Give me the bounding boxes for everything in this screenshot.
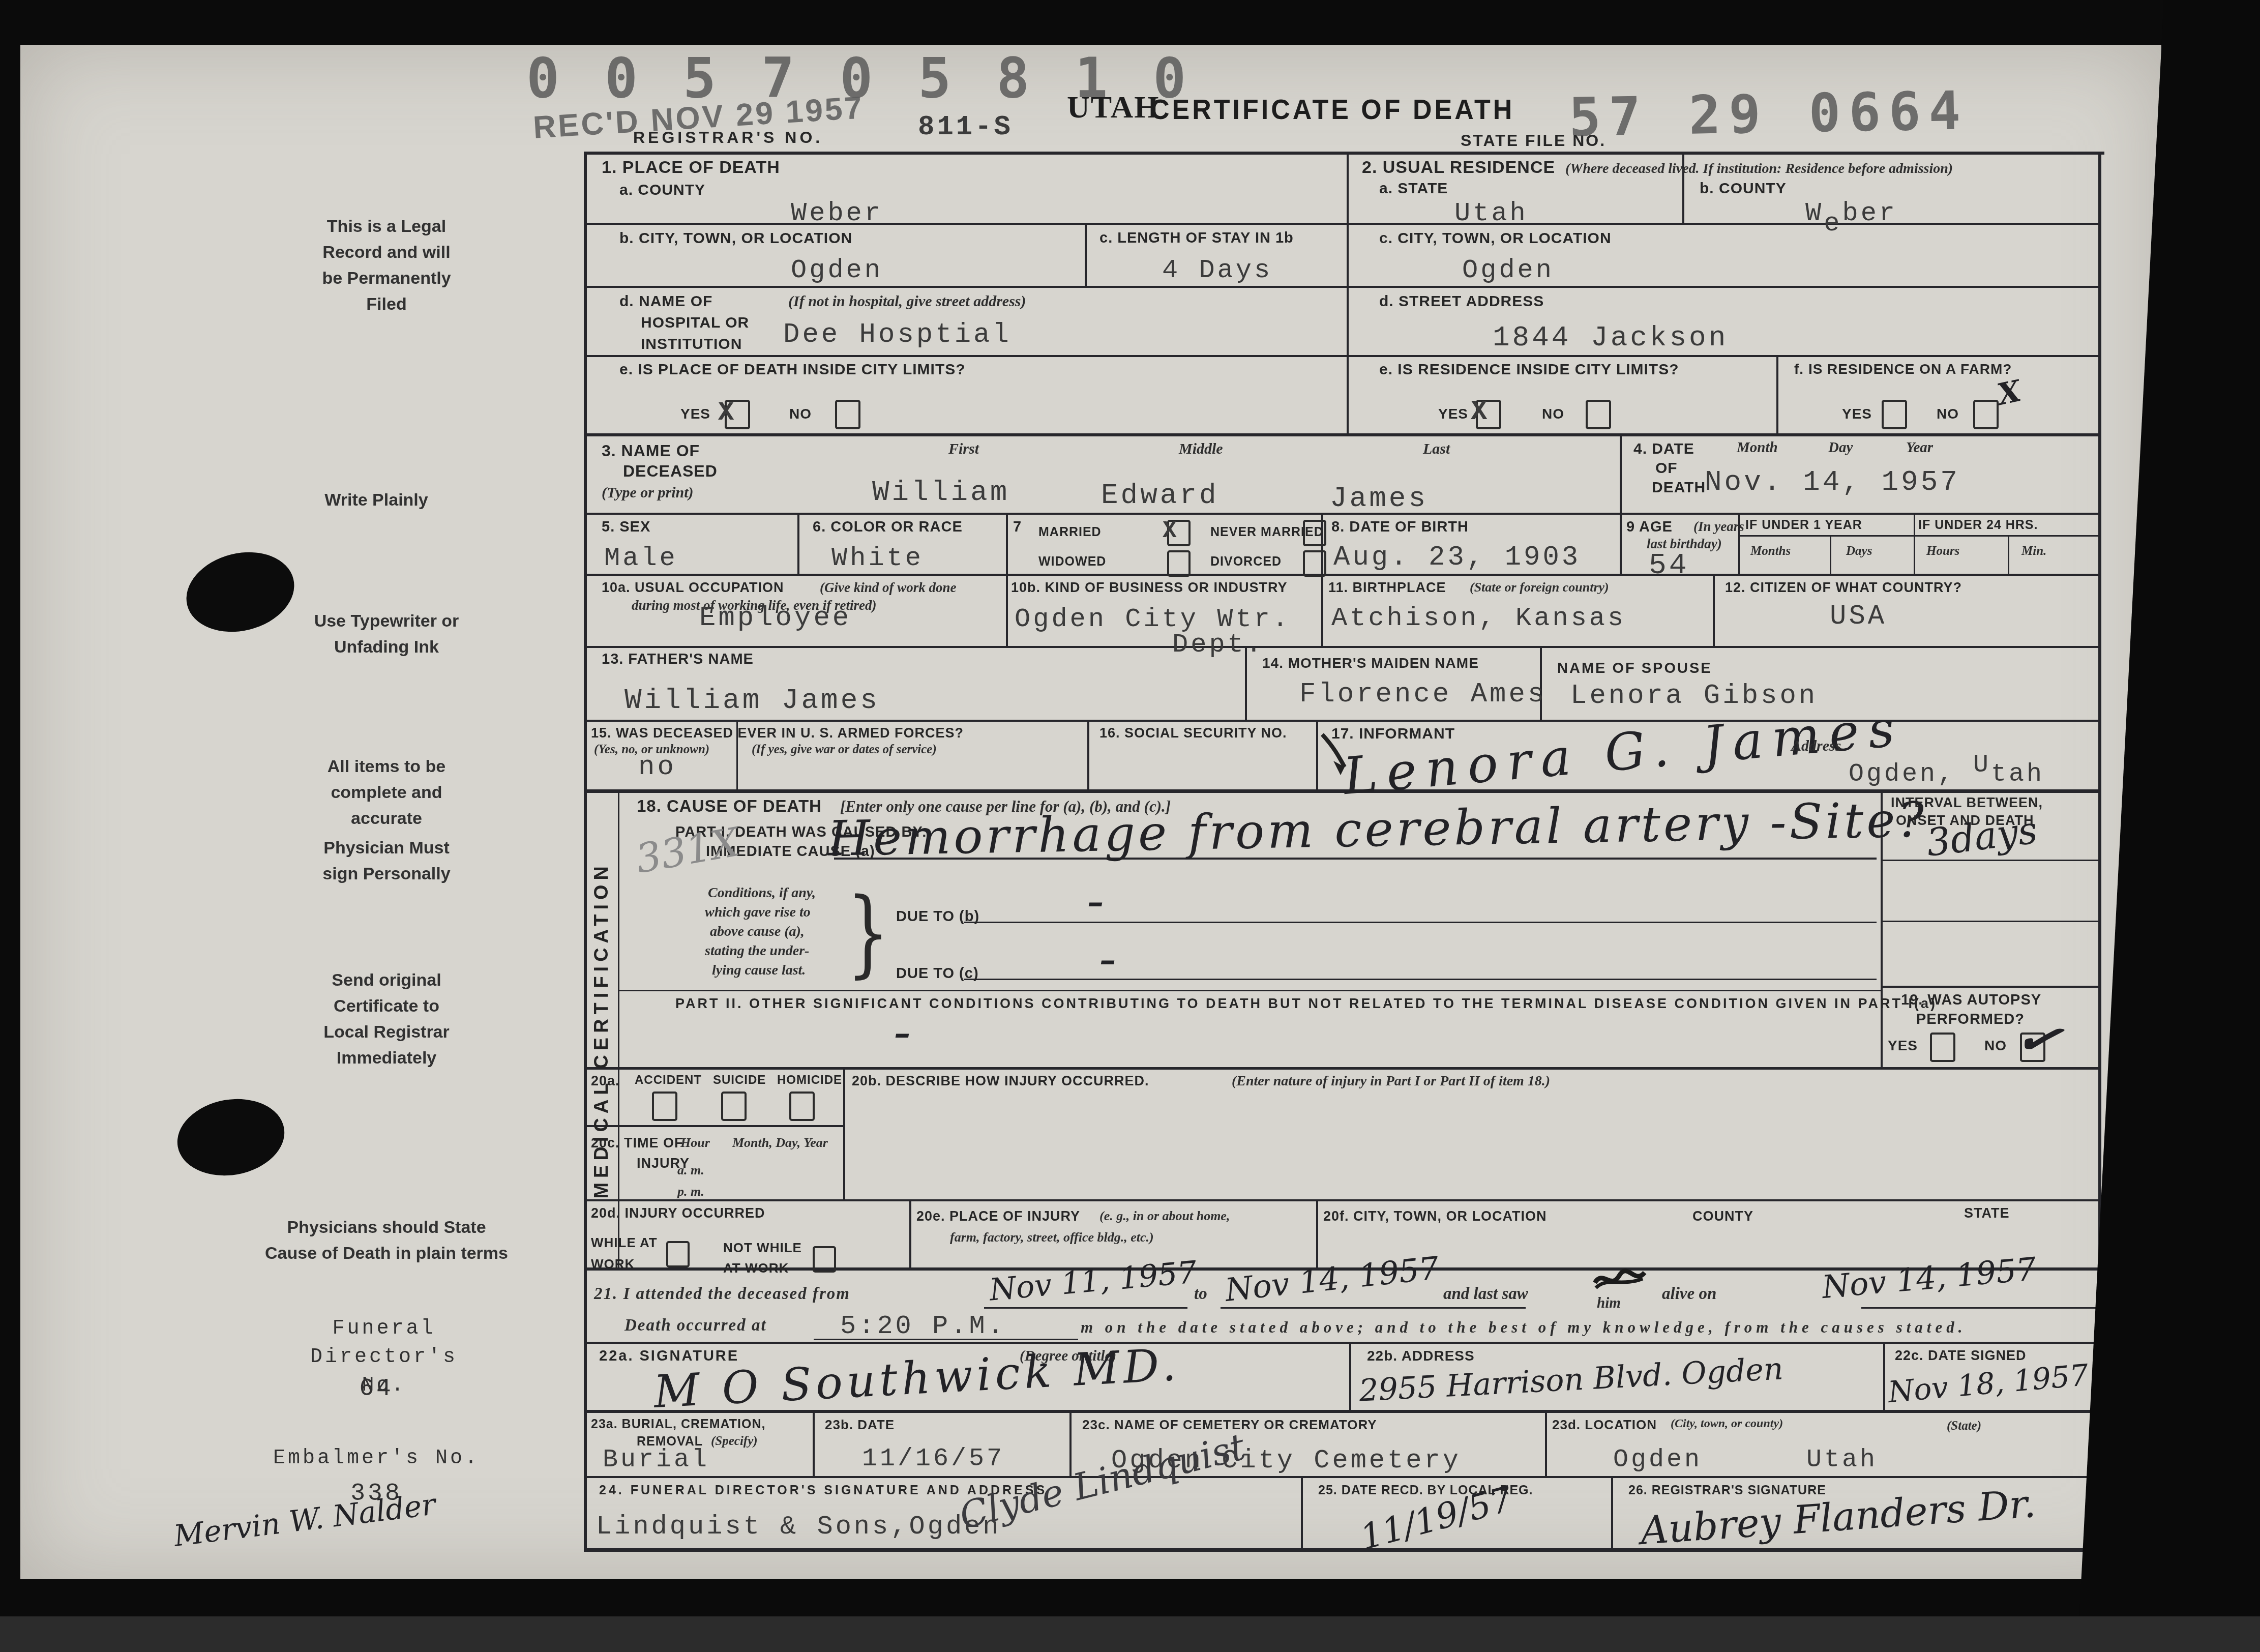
father-value: William James (625, 684, 880, 717)
not-while-label-1: NOT WHILE (723, 1240, 802, 1256)
age-hint-1: (In years (1693, 519, 1744, 535)
injury-20b-label: 20b. DESCRIBE HOW INJURY OCCURRED. (852, 1073, 1149, 1089)
farm-no-label: NO (1937, 406, 1959, 422)
margin-note-complete-accurate: All items to be complete and accurate (310, 754, 463, 832)
dob-value: Aug. 23, 1903 (1333, 542, 1581, 573)
registrar-no-label: REGISTRAR'S NO. (633, 128, 823, 147)
am-label: a. m. (677, 1163, 704, 1178)
while-at-work-checkbox (666, 1241, 690, 1267)
due-to-c-label: DUE TO (c) (896, 965, 979, 982)
conditions-line-2: which gave rise to (705, 904, 811, 921)
age-label: 9 AGE (1626, 519, 1673, 536)
injury-20e-hint-1: (e. g., in or about home, (1099, 1208, 1230, 1224)
funeral-director-value: Lindquist & Sons,Ogden (596, 1512, 1001, 1542)
scan-bottom-band (0, 1616, 2260, 1652)
pod-city-label: b. CITY, TOWN, OR LOCATION (619, 230, 852, 247)
marital-num: 7 (1013, 519, 1022, 536)
res-city-value: Ogden (1462, 255, 1554, 285)
conditions-brace: } (846, 878, 889, 988)
death-time-value: 5:20 P.M. (840, 1311, 1006, 1341)
autopsy-label-1: 19. WAS AUTOPSY (1901, 992, 2041, 1009)
rule (585, 1199, 2100, 1201)
birthplace-hint: (State or foreign country) (1470, 580, 1609, 595)
injury-county-label: COUNTY (1692, 1208, 1753, 1224)
never-married-checkbox (1303, 520, 1326, 546)
while-at-work-label-1: WHILE AT (591, 1235, 658, 1251)
location-23d-hint: (City, town, or county) (1671, 1417, 1783, 1431)
rule (1776, 356, 1778, 435)
registrar-no-value: 811-S (918, 112, 1013, 143)
autopsy-yes-checkbox (1930, 1032, 1955, 1062)
margin-note-send-original: Send original Certificate to Local Regis… (315, 967, 458, 1071)
autopsy-yes-label: YES (1888, 1038, 1918, 1054)
pod-limits-no-label: NO (789, 406, 812, 422)
res-state-value: Utah (1454, 198, 1528, 228)
sex-value: Male (604, 543, 678, 573)
res-county-label: b. COUNTY (1700, 180, 1787, 197)
days-label: Days (1846, 544, 1872, 558)
mother-label: 14. MOTHER'S MAIDEN NAME (1262, 655, 1479, 671)
accident-checkbox (652, 1091, 677, 1121)
res-limits-no-checkbox (1586, 400, 1611, 429)
res-limits-yes-label: YES (1438, 406, 1468, 422)
hospital-hint: (If not in hospital, give street address… (788, 293, 1026, 310)
armed-forces-hint-2: (If yes, give war or dates of service) (752, 743, 937, 757)
conditions-line-4: stating the under- (705, 943, 809, 959)
middle-name-label: Middle (1179, 440, 1223, 458)
res-county-w: W (1805, 198, 1824, 228)
pod-limits-yes-label: YES (680, 406, 710, 422)
homicide-checkbox (789, 1091, 815, 1121)
last-alive-underline (1861, 1307, 2100, 1309)
date-signed-22c-label: 22c. DATE SIGNED (1895, 1348, 2027, 1364)
due-to-b-dash: – (1087, 883, 1104, 921)
death-certificate-scan: 0 0 5 7 0 5 8 1 0 REC'D NOV 29 1957 REGI… (0, 0, 2260, 1652)
age-value: 54 (1649, 549, 1689, 582)
res-city-label: c. CITY, TOWN, OR LOCATION (1379, 230, 1612, 247)
pod-county-value: Weber (791, 198, 883, 228)
rule (1085, 224, 1087, 288)
rule (584, 1067, 2101, 1070)
conditions-line-5: lying cause last. (712, 962, 806, 979)
dob-label: 8. DATE OF BIRTH (1331, 519, 1469, 536)
informant-address-raised-u: U (1973, 751, 1991, 780)
place-of-death-heading: 1. PLACE OF DEATH (602, 158, 780, 178)
min-label: Min. (2021, 544, 2046, 558)
armed-forces-value: no (638, 752, 676, 783)
death-occurred-text: Death occurred at (625, 1316, 767, 1335)
rule (813, 1411, 815, 1478)
attended-to-word: to (1194, 1285, 1207, 1304)
occupation-label: 10a. USUAL OCCUPATION (602, 580, 784, 596)
industry-value-2: Dept. (1172, 630, 1264, 660)
mother-value: Florence Ames (1299, 679, 1547, 710)
injury-20e-hint-2: farm, factory, street, office bldg., etc… (950, 1230, 1154, 1245)
funeral-director-no-value: 64 (181, 1376, 572, 1402)
divorced-checkbox (1303, 550, 1326, 577)
hospital-label-1: d. NAME OF (619, 293, 712, 310)
married-x-mark: X (1163, 518, 1179, 544)
address-22b-label: 22b. ADDRESS (1367, 1348, 1475, 1364)
location-23d-label: 23d. LOCATION (1552, 1417, 1657, 1433)
res-state-label: a. STATE (1379, 180, 1448, 197)
last-name-label: Last (1423, 440, 1450, 458)
registrar-signature-label: 26. REGISTRAR'S SIGNATURE (1628, 1483, 1826, 1498)
informant-address-value: Ogden, Utah (1849, 751, 2044, 789)
industry-label: 10b. KIND OF BUSINESS OR INDUSTRY (1011, 580, 1288, 596)
margin-note-write-plainly: Write Plainly (181, 487, 572, 513)
attended-pre-text: 21. I attended the deceased from (594, 1285, 850, 1304)
cause-of-death-label: 18. CAUSE OF DEATH (637, 796, 822, 816)
rule (1316, 1200, 1318, 1269)
rule (1347, 152, 1349, 435)
margin-note-plain-terms: Physicians should State Cause of Death i… (264, 1215, 509, 1266)
autopsy-no-check-mark: ✓ (2010, 1010, 2066, 1068)
injury-20d-label: 20d. INJURY OCCURRED (591, 1205, 765, 1221)
res-limits-yes-x-mark: X (1471, 397, 1490, 428)
sex-label: 5. SEX (602, 519, 650, 536)
rule (584, 1410, 2101, 1413)
birthplace-value: Atchison, Kansas (1331, 603, 1626, 633)
under-1-year-label: IF UNDER 1 YEAR (1745, 518, 1862, 533)
rule (1087, 721, 1089, 791)
birthplace-label: 11. BIRTHPLACE (1328, 580, 1446, 596)
alive-on-text: alive on (1662, 1285, 1716, 1304)
citizen-value: USA (1830, 601, 1887, 632)
burial-date-value: 11/16/57 (862, 1444, 1004, 1473)
rule (1914, 514, 1915, 575)
res-city-limits-label: e. IS RESIDENCE INSIDE CITY LIMITS? (1379, 361, 1679, 378)
informant-address-label: Address (1791, 737, 1841, 755)
rule (1620, 435, 1622, 576)
margin-note-typewriter: Use Typewriter or Unfading Ink (300, 608, 473, 660)
pod-city-limits-label: e. IS PLACE OF DEATH INSIDE CITY LIMITS? (619, 361, 966, 378)
dod-year-label: Year (1906, 439, 1933, 456)
death-occurred-text-2: m on the date stated above; and to the b… (1081, 1318, 1966, 1337)
autopsy-no-label: NO (1984, 1038, 2007, 1054)
race-value: White (831, 543, 924, 573)
hospital-label-3: INSTITUTION (641, 336, 742, 353)
res-street-label: d. STREET ADDRESS (1379, 293, 1544, 310)
medical-certification-strip: MEDICAL CERTIFICATION (585, 793, 618, 1266)
widowed-checkbox (1167, 550, 1191, 577)
month-day-year-label: Month, Day, Year (732, 1135, 828, 1150)
rule (585, 574, 2100, 576)
middle-name-value: Edward (1101, 479, 1219, 512)
last-name-value: James (1330, 482, 1428, 515)
accident-label: ACCIDENT (635, 1073, 702, 1087)
location-state-hint: (State) (1947, 1419, 1981, 1433)
farm-yes-label: YES (1842, 406, 1872, 422)
due-to-c-dash: – (1099, 941, 1116, 979)
conditions-line-3: above cause (a), (710, 924, 805, 940)
married-label: MARRIED (1038, 525, 1102, 540)
spouse-value: Lenora Gibson (1570, 681, 1818, 712)
divorced-label: DIVORCED (1210, 554, 1282, 569)
farm-no-checkbox (1973, 400, 1999, 429)
location-city-value: Ogden (1613, 1445, 1702, 1474)
rule (584, 1548, 2101, 1552)
under-24-hrs-label: IF UNDER 24 HRS. (1918, 518, 2038, 533)
title-utah: UTAH (1067, 90, 1160, 126)
occupation-value: Employee (699, 603, 851, 634)
rule (585, 286, 2100, 288)
deceased-label-1: 3. NAME OF (602, 441, 700, 460)
burial-value: Burial (603, 1445, 709, 1474)
scribble-mark (1592, 1267, 1648, 1292)
first-name-label: First (948, 440, 979, 458)
date-of-death-label-2: OF (1655, 460, 1678, 477)
conditions-line-1: Conditions, if any, (708, 885, 816, 901)
rule (1830, 535, 1831, 575)
not-while-label-2: AT WORK (723, 1260, 789, 1276)
farm-yes-checkbox (1882, 400, 1907, 429)
res-limits-no-label: NO (1542, 406, 1564, 422)
while-at-work-label-2: WORK (591, 1256, 635, 1272)
res-county-rest: ber (1842, 198, 1897, 228)
pod-county-label: a. COUNTY (619, 182, 705, 199)
citizen-label: 12. CITIZEN OF WHAT COUNTRY? (1725, 580, 1962, 596)
injury-state-label: STATE (1964, 1205, 2010, 1221)
dod-day-label: Day (1828, 439, 1853, 456)
rule (797, 514, 799, 576)
date-of-death-value: Nov. 14, 1957 (1705, 466, 1960, 498)
rule (2008, 535, 2009, 575)
pod-limits-yes-x-mark: X (718, 398, 736, 428)
part2-label: PART II. OTHER SIGNIFICANT CONDITIONS CO… (675, 996, 1937, 1012)
not-while-checkbox (813, 1246, 836, 1273)
injury-20e-label: 20e. PLACE OF INJURY (916, 1208, 1080, 1224)
rule (585, 1476, 2100, 1478)
usual-residence-heading: 2. USUAL RESIDENCE (1362, 158, 1555, 178)
rule (1883, 1343, 1885, 1411)
injury-20b-hint: (Enter nature of injury in Part I or Par… (1232, 1073, 1550, 1089)
length-of-stay-label: c. LENGTH OF STAY IN 1b (1099, 230, 1294, 247)
rule (909, 1200, 911, 1269)
suicide-checkbox (721, 1091, 747, 1121)
rule (584, 789, 2101, 793)
location-state-value: Utah (1806, 1445, 1878, 1474)
homicide-label: HOMICIDE (777, 1073, 842, 1087)
injury-20a-label: 20a. (591, 1073, 620, 1089)
autopsy-label-2: PERFORMED? (1916, 1011, 2025, 1028)
state-file-no-stamp: 57 29 0664 (1568, 79, 1969, 149)
informant-address-rest: tah (1991, 760, 2044, 789)
first-name-value: William (872, 476, 1009, 509)
spouse-label: NAME OF SPOUSE (1557, 660, 1712, 677)
rule (585, 1342, 2100, 1344)
pod-city-value: Ogden (791, 255, 883, 285)
dod-month-label: Month (1737, 439, 1778, 456)
deceased-label-3: (Type or print) (602, 484, 694, 501)
occupation-hint-1: (Give kind of work done (820, 580, 956, 596)
rule (619, 990, 1882, 991)
rule (585, 355, 2100, 357)
rule (1611, 1478, 1613, 1550)
length-of-stay-value: 4 Days (1162, 255, 1272, 285)
margin-note-legal-record: This is a Legal Record and will be Perma… (310, 214, 463, 317)
suicide-label: SUICIDE (713, 1073, 766, 1087)
pod-limits-no-checkbox (835, 400, 860, 429)
hospital-label-2: HOSPITAL OR (641, 314, 749, 332)
father-label: 13. FATHER'S NAME (602, 651, 754, 668)
res-county-value: Weber (1805, 198, 1897, 239)
embalmer-no-label: Embalmer's No. (181, 1445, 572, 1471)
rule (1882, 921, 2100, 922)
burial-specify-hint: (Specify) (711, 1434, 758, 1449)
rule (1882, 860, 2100, 861)
rule (1006, 514, 1008, 647)
him-text: him (1597, 1295, 1621, 1312)
rule (843, 1068, 845, 1201)
res-street-value: 1844 Jackson (1493, 321, 1728, 354)
margin-note-physician-sign: Physician Must sign Personally (320, 835, 453, 887)
due-to-b-label: DUE TO (b) (896, 908, 979, 925)
injury-20c-label-1: 20c. TIME OF (591, 1135, 683, 1151)
due-b-underline (964, 922, 1877, 923)
attended-to-underline (1221, 1307, 1526, 1309)
pm-label: p. m. (677, 1184, 704, 1199)
rule (584, 433, 2101, 436)
rule (1713, 575, 1715, 647)
armed-forces-label: 15. WAS DECEASED EVER IN U. S. ARMED FOR… (591, 725, 964, 741)
rule (585, 646, 2100, 648)
burial-23a-label-1: 23a. BURIAL, CREMATION, (591, 1417, 765, 1432)
hours-label: Hours (1926, 544, 1959, 558)
interval-label-1: INTERVAL BETWEEN, (1891, 795, 2043, 811)
months-label: Months (1750, 544, 1791, 558)
widowed-label: WIDOWED (1038, 554, 1106, 569)
deceased-label-2: DECEASED (623, 462, 718, 481)
last-saw-text: and last saw (1443, 1285, 1528, 1304)
rule (585, 1125, 844, 1127)
rule (1882, 986, 2100, 988)
hospital-value: Dee Hosptial (783, 319, 1012, 350)
rule (1301, 1478, 1303, 1550)
usual-residence-hint: (Where deceased lived. If institution: R… (1565, 161, 1953, 177)
informant-address-pre: Ogden, (1849, 760, 1973, 789)
injury-20f-label: 20f. CITY, TOWN, OR LOCATION (1323, 1208, 1547, 1224)
farm-label: f. IS RESIDENCE ON A FARM? (1794, 361, 2012, 377)
hour-label: Hour (680, 1135, 710, 1150)
date-of-death-label-1: 4. DATE (1633, 440, 1694, 458)
part2-dash: – (894, 1014, 910, 1052)
rule (1349, 1343, 1351, 1411)
burial-date-label: 23b. DATE (825, 1417, 895, 1433)
attended-from-underline (984, 1307, 1187, 1309)
ssn-label: 16. SOCIAL SECURITY NO. (1099, 725, 1287, 741)
rule (1545, 1411, 1547, 1478)
race-label: 6. COLOR OR RACE (813, 519, 963, 536)
rule (1739, 535, 2100, 537)
rule (584, 152, 2104, 155)
date-of-death-label-3: DEATH (1652, 479, 1706, 496)
title-main: CERTIFICATE OF DEATH (1150, 94, 1514, 127)
res-county-dropped-e: e (1824, 209, 1842, 239)
